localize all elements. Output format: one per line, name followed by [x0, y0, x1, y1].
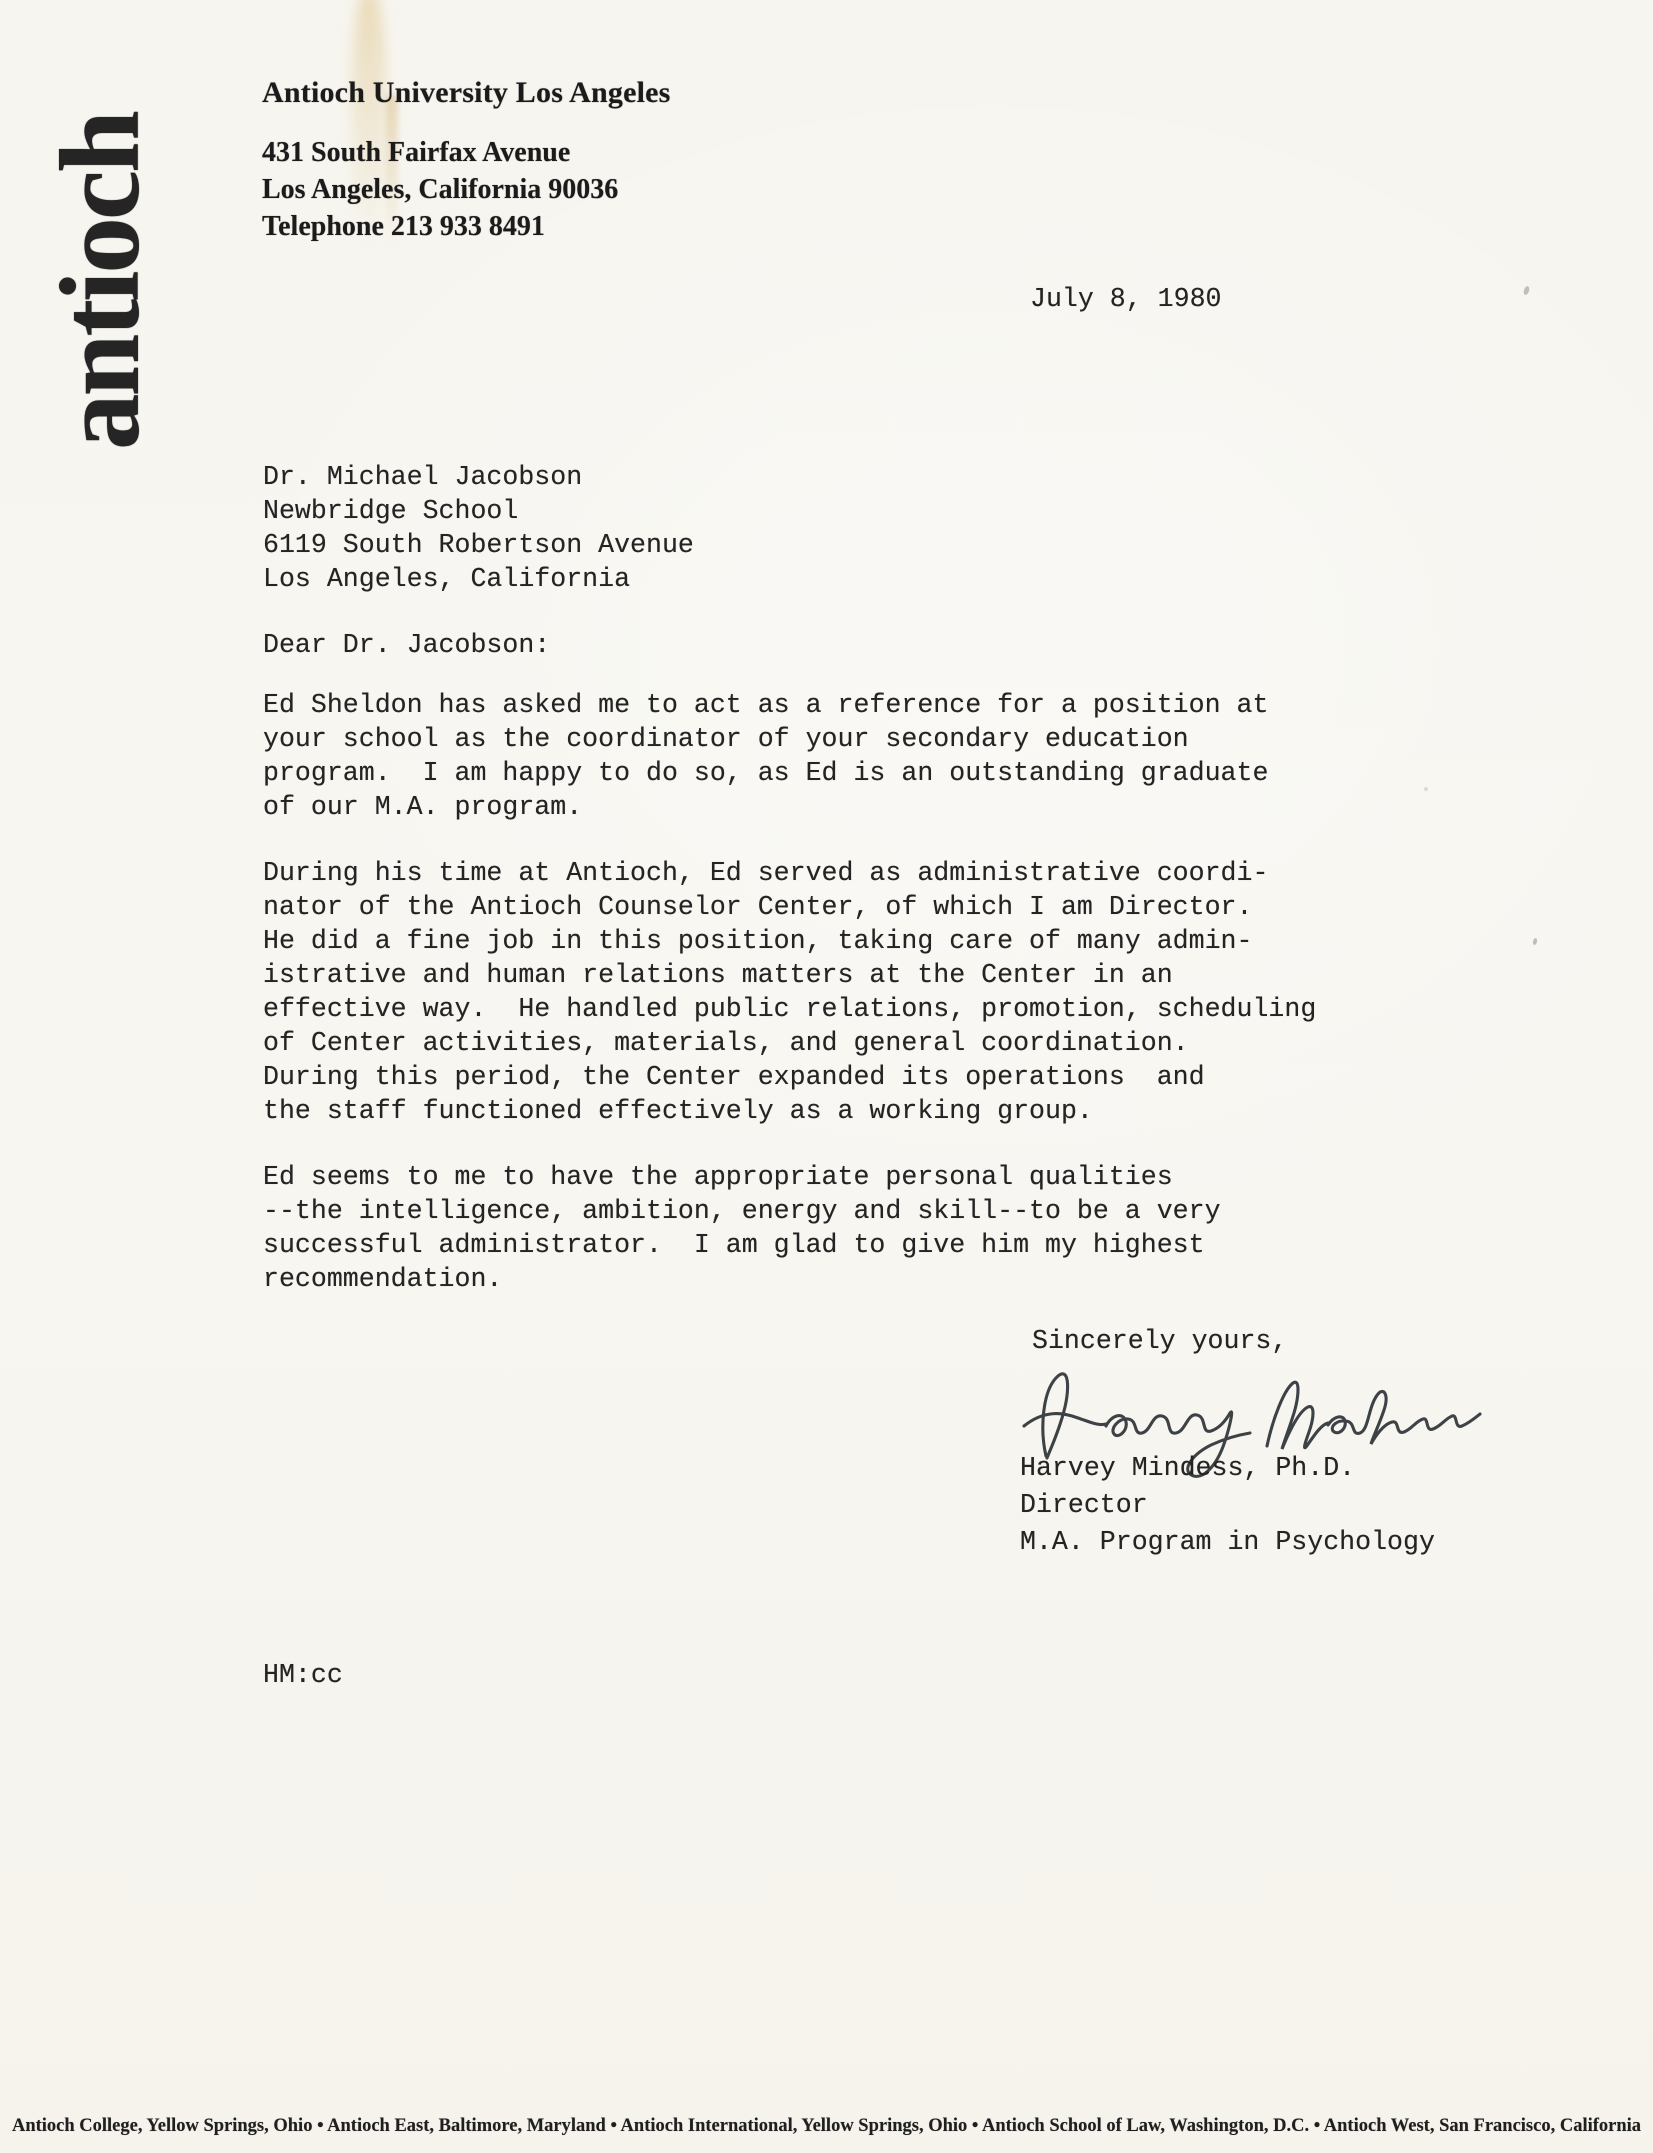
telephone: Telephone 213 933 8491 [262, 208, 671, 245]
antioch-vertical-logo: antioch [42, 52, 167, 450]
letter-page: antioch Antioch University Los Angeles 4… [0, 0, 1653, 2153]
footer-campus-list: Antioch College, Yellow Springs, Ohio • … [0, 2116, 1653, 2137]
antioch-logo-text: antioch [42, 52, 167, 450]
salutation: Dear Dr. Jacobson: [263, 628, 550, 662]
body-paragraph-1: Ed Sheldon has asked me to act as a refe… [263, 688, 1268, 824]
scan-speck [1424, 787, 1428, 791]
university-name: Antioch University Los Angeles [262, 76, 671, 110]
reference-initials: HM:cc [263, 1658, 343, 1692]
letterhead-address: 431 South Fairfax Avenue Los Angeles, Ca… [262, 134, 671, 245]
letterhead: Antioch University Los Angeles 431 South… [262, 76, 671, 245]
street-address: 431 South Fairfax Avenue [262, 134, 671, 171]
body-paragraph-3: Ed seems to me to have the appropriate p… [263, 1160, 1221, 1296]
recipient-address: Dr. Michael Jacobson Newbridge School 61… [263, 460, 694, 596]
scan-speck [1523, 285, 1531, 295]
letter-date: July 8, 1980 [1030, 282, 1222, 316]
scan-speck [1532, 938, 1538, 946]
city-state-zip: Los Angeles, California 90036 [262, 171, 671, 208]
body-paragraph-2: During his time at Antioch, Ed served as… [263, 856, 1316, 1128]
signer-block: Harvey Mindess, Ph.D. Director M.A. Prog… [1020, 1450, 1435, 1561]
